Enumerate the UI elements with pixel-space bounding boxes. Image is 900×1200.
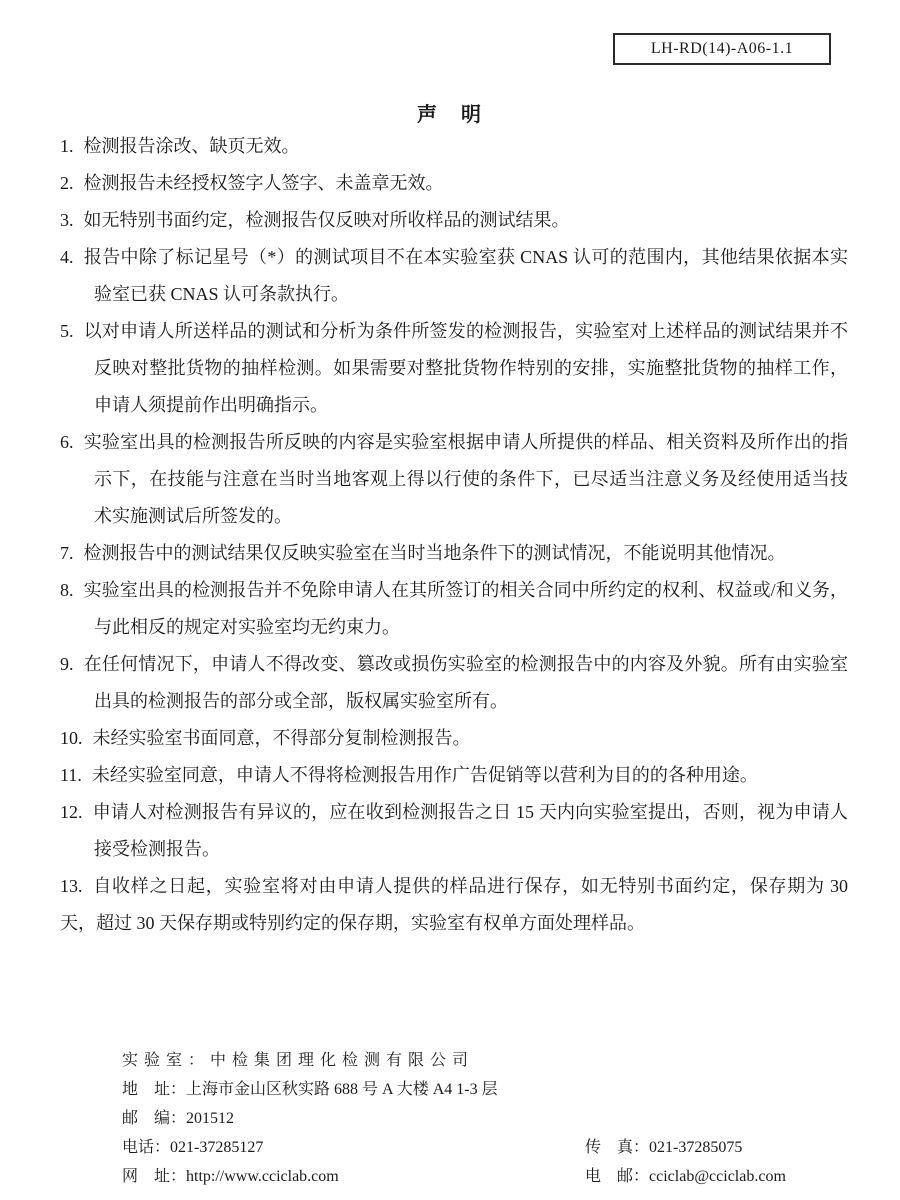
item-number: 13. — [60, 876, 83, 896]
item-text: 在任何情况下，申请人不得改变、篡改或损伤实验室的检测报告中的内容及外貌。所有由实… — [84, 654, 849, 711]
footer-row: 网 址：http://www.cciclab.com — [122, 1162, 498, 1191]
item-number: 1. — [60, 136, 74, 156]
statement-item: 6.实验室出具的检测报告所反映的内容是实验室根据申请人所提供的样品、相关资料及所… — [60, 424, 848, 535]
footer-value: 021-37285075 — [649, 1139, 742, 1156]
item-text: 自收样之日起，实验室将对由申请人提供的样品进行保存，如无特别书面约定，保存期为 … — [60, 876, 848, 933]
footer-row: 传 真：021-37285075 — [585, 1133, 786, 1162]
footer-right-column: 传 真：021-37285075电 邮：cciclab@cciclab.com — [585, 1133, 786, 1191]
item-number: 10. — [60, 728, 83, 748]
footer-value: 201512 — [186, 1110, 234, 1127]
footer-value: http://www.cciclab.com — [186, 1168, 339, 1185]
item-number: 4. — [60, 247, 74, 267]
footer-value: 021-37285127 — [170, 1139, 263, 1156]
statement-item: 11.未经实验室同意，申请人不得将检测报告用作广告促销等以营利为目的的各种用途。 — [60, 757, 848, 794]
statement-item: 7.检测报告中的测试结果仅反映实验室在当时当地条件下的测试情况，不能说明其他情况… — [60, 535, 848, 572]
footer-label: 实验室： — [122, 1052, 210, 1069]
document-page: LH-RD(14)-A06-1.1 声 明 1.检测报告涂改、缺页无效。2.检测… — [0, 0, 900, 1200]
item-text: 以对申请人所送样品的测试和分析为条件所签发的检测报告，实验室对上述样品的测试结果… — [84, 321, 849, 415]
statement-item: 12.申请人对检测报告有异议的，应在收到检测报告之日 15 天内向实验室提出，否… — [60, 794, 848, 868]
doc-code: LH-RD(14)-A06-1.1 — [651, 40, 793, 58]
item-text: 检测报告中的测试结果仅反映实验室在当时当地条件下的测试情况，不能说明其他情况。 — [84, 543, 786, 563]
statement-item: 13.自收样之日起，实验室将对由申请人提供的样品进行保存，如无特别书面约定，保存… — [60, 868, 848, 942]
footer-label: 电话： — [122, 1139, 170, 1156]
item-number: 9. — [60, 654, 74, 674]
item-text: 未经实验室同意，申请人不得将检测报告用作广告促销等以营利为目的的各种用途。 — [92, 765, 758, 785]
footer-value: 上海市金山区秋实路 688 号 A 大楼 A4 1-3 层 — [186, 1081, 498, 1098]
item-text: 实验室出具的检测报告并不免除申请人在其所签订的相关合同中所约定的权利、权益或/和… — [84, 580, 849, 637]
footer-left-column: 实验室：中检集团理化检测有限公司地 址：上海市金山区秋实路 688 号 A 大楼… — [122, 1046, 498, 1191]
page-title: 声 明 — [0, 98, 900, 127]
footer-row: 实验室：中检集团理化检测有限公司 — [122, 1046, 498, 1075]
statement-item: 8.实验室出具的检测报告并不免除申请人在其所签订的相关合同中所约定的权利、权益或… — [60, 572, 848, 646]
footer-value: cciclab@cciclab.com — [649, 1168, 786, 1185]
statement-item: 1.检测报告涂改、缺页无效。 — [60, 128, 848, 165]
footer-label: 邮 编： — [122, 1110, 186, 1127]
statement-item: 2.检测报告未经授权签字人签字、未盖章无效。 — [60, 165, 848, 202]
statement-item: 4.报告中除了标记星号（*）的测试项目不在本实验室获 CNAS 认可的范围内，其… — [60, 239, 848, 313]
item-number: 5. — [60, 321, 74, 341]
item-number: 12. — [60, 802, 83, 822]
footer-row: 邮 编：201512 — [122, 1104, 498, 1133]
item-text: 未经实验室书面同意，不得部分复制检测报告。 — [93, 728, 471, 748]
item-text: 实验室出具的检测报告所反映的内容是实验室根据申请人所提供的样品、相关资料及所作出… — [84, 432, 849, 526]
item-number: 2. — [60, 173, 74, 193]
footer-label: 网 址： — [122, 1168, 186, 1185]
item-number: 8. — [60, 580, 74, 600]
footer-label: 传 真： — [585, 1139, 649, 1156]
item-number: 6. — [60, 432, 74, 452]
item-number: 3. — [60, 210, 74, 230]
statement-item: 5.以对申请人所送样品的测试和分析为条件所签发的检测报告，实验室对上述样品的测试… — [60, 313, 848, 424]
item-text: 如无特别书面约定，检测报告仅反映对所收样品的测试结果。 — [84, 210, 570, 230]
footer-row: 地 址：上海市金山区秋实路 688 号 A 大楼 A4 1-3 层 — [122, 1075, 498, 1104]
statement-item: 3.如无特别书面约定，检测报告仅反映对所收样品的测试结果。 — [60, 202, 848, 239]
item-number: 7. — [60, 543, 74, 563]
statement-list: 1.检测报告涂改、缺页无效。2.检测报告未经授权签字人签字、未盖章无效。3.如无… — [60, 128, 848, 942]
item-text: 检测报告涂改、缺页无效。 — [84, 136, 300, 156]
item-text: 申请人对检测报告有异议的，应在收到检测报告之日 15 天内向实验室提出，否则，视… — [93, 802, 849, 859]
statement-item: 10.未经实验室书面同意，不得部分复制检测报告。 — [60, 720, 848, 757]
doc-code-box: LH-RD(14)-A06-1.1 — [613, 33, 831, 65]
footer-row: 电话：021-37285127 — [122, 1133, 498, 1162]
item-text: 检测报告未经授权签字人签字、未盖章无效。 — [84, 173, 444, 193]
footer-row: 电 邮：cciclab@cciclab.com — [585, 1162, 786, 1191]
footer-label: 地 址： — [122, 1081, 186, 1098]
item-number: 11. — [60, 765, 82, 785]
statement-item: 9.在任何情况下，申请人不得改变、篡改或损伤实验室的检测报告中的内容及外貌。所有… — [60, 646, 848, 720]
item-text: 报告中除了标记星号（*）的测试项目不在本实验室获 CNAS 认可的范围内，其他结… — [84, 247, 849, 304]
footer-label: 电 邮： — [585, 1168, 649, 1185]
footer-value: 中检集团理化检测有限公司 — [210, 1052, 474, 1069]
